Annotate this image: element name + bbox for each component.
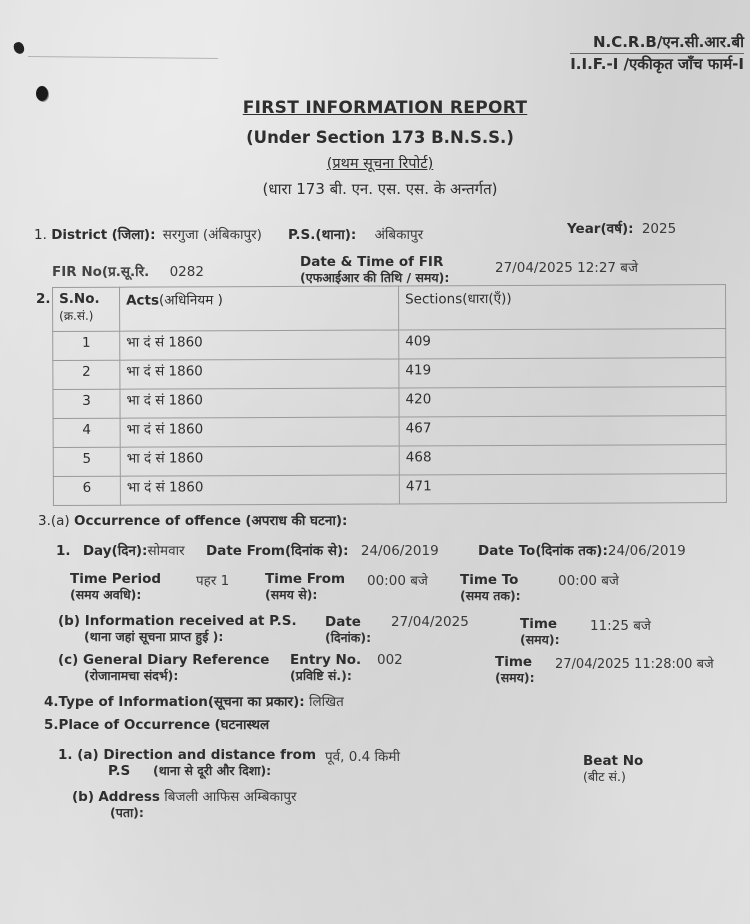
sno-cell: 1 xyxy=(53,331,120,360)
act-cell: भा दं सं 1860 xyxy=(120,359,399,389)
day-label-hi: (दिन): xyxy=(112,543,148,559)
beat-no-label-block: Beat No (बीट सं.) xyxy=(583,753,643,785)
sno-cell: 3 xyxy=(53,389,120,418)
sections-header-label: Sections xyxy=(405,291,462,307)
entry-no-label-block: Entry No. (प्रविष्टि सं.): xyxy=(290,652,361,684)
time-from-label-hi: (समय से): xyxy=(265,587,345,603)
table-row: 3भा दं सं 1860420 xyxy=(53,387,726,419)
date-from-field: Date From(दिनांक से): 24/06/2019 xyxy=(206,541,439,559)
section-cell: 471 xyxy=(399,474,726,504)
act-cell: भा दं सं 1860 xyxy=(120,388,399,418)
sections-header-label-hi: (धारा(एँ)) xyxy=(462,291,511,307)
time-period-label-block: Time Period (समय अवधि): xyxy=(70,571,161,603)
fir-datetime-label-block: Date & Time of FIR (एफआईआर की तिथि / समय… xyxy=(300,254,449,286)
year-value: 2025 xyxy=(642,221,676,237)
district-label: District xyxy=(51,227,107,243)
gd-time-value: 27/04/2025 11:28:00 बजे xyxy=(555,654,714,672)
info-date-label: Date xyxy=(325,614,371,630)
item-letter: (b) xyxy=(58,613,80,629)
sno-cell: 2 xyxy=(53,360,120,389)
act-cell: भा दं सं 1860 xyxy=(120,330,399,360)
date-to-value: 24/06/2019 xyxy=(608,543,686,559)
item-number: 1. (a) xyxy=(58,747,99,763)
section-number: 2. xyxy=(36,291,51,307)
time-from-label: Time From xyxy=(265,571,345,587)
ps-label-hi: (थाना): xyxy=(315,227,356,243)
time-to-label-block: Time To (समय तक): xyxy=(460,572,521,604)
day-label: Day xyxy=(83,543,112,559)
info-time-label-block: Time (समय): xyxy=(520,616,560,648)
section-cell: 420 xyxy=(399,387,726,417)
sno-cell: 4 xyxy=(53,418,120,447)
info-date-label-block: Date (दिनांक): xyxy=(325,614,371,646)
district-field: 1. District (जिला): सरगुजा (अंबिकापुर) xyxy=(34,225,262,243)
table-row: 2भा दं सं 1860419 xyxy=(53,358,726,390)
section-cell: 409 xyxy=(399,329,726,359)
time-period-value: पहर 1 xyxy=(196,571,229,589)
occurrence-label-hi: (अपराध की घटना): xyxy=(245,513,347,529)
form-code-header: N.C.R.B/एन.सी.आर.बी I.I.F.-I /एकीकृत जाँ… xyxy=(570,32,744,74)
act-cell: भा दं सं 1860 xyxy=(120,475,399,505)
beat-no-label-hi: (बीट सं.) xyxy=(583,769,643,785)
info-date-value: 27/04/2025 xyxy=(391,614,469,630)
type-of-info-value: लिखित xyxy=(309,694,344,710)
place-of-occurrence-heading: 5.Place of Occurrence (घटनास्थल xyxy=(44,715,269,733)
info-received-label-hi: (थाना जहां सूचना प्राप्त हुई ): xyxy=(58,629,297,645)
fold-line xyxy=(28,56,218,59)
direction-label: Direction and distance from xyxy=(103,747,316,763)
sno-cell: 5 xyxy=(53,447,120,476)
year-label: Year xyxy=(567,221,600,237)
place-of-occurrence-label-hi: (घटनास्थल xyxy=(215,717,270,733)
sno-header-label: S.No. xyxy=(59,291,113,307)
table-row: 6भा दं सं 1860471 xyxy=(53,474,726,506)
sno-column-header: S.No. (क्र.सं.) xyxy=(53,287,120,331)
date-from-value: 24/06/2019 xyxy=(361,543,439,559)
info-time-label: Time xyxy=(520,616,560,632)
hindi-title: (प्रथम सूचना रिपोर्ट) xyxy=(0,153,750,173)
section-number: 1. xyxy=(34,227,47,243)
date-to-field: Date To(दिनांक तक):24/06/2019 xyxy=(478,541,686,559)
address-label: Address xyxy=(98,789,160,805)
entry-no-value: 002 xyxy=(377,652,403,668)
gd-time-label-block: Time (समय): xyxy=(495,654,535,686)
time-from-label-block: Time From (समय से): xyxy=(265,571,345,603)
direction-label-block: 1. (a) Direction and distance from P.S (… xyxy=(58,747,316,779)
entry-no-label-hi: (प्रविष्टि सं.): xyxy=(290,668,361,684)
hindi-section-subtitle: (धारा 173 बी. एन. एस. एस. के अन्तर्गत) xyxy=(0,179,750,199)
gd-time-label-hi: (समय): xyxy=(495,670,535,686)
item-letter: (c) xyxy=(58,652,78,668)
fir-no-label: FIR No(प्र.सू.रि. xyxy=(52,264,149,280)
type-of-info-label-hi: (सूचना का प्रकार): xyxy=(208,694,305,710)
entry-no-label: Entry No. xyxy=(290,652,361,668)
time-to-label: Time To xyxy=(460,572,521,588)
day-value: सोमवार xyxy=(147,543,184,559)
date-to-label-hi: (दिनांक तक): xyxy=(535,543,608,559)
act-cell: भा दं सं 1860 xyxy=(120,446,399,476)
gd-label: General Diary Reference xyxy=(83,652,269,668)
info-received-label: Information received at P.S. xyxy=(85,613,297,629)
year-field: Year(वर्ष): 2025 xyxy=(567,219,676,237)
act-cell: भा दं सं 1860 xyxy=(120,417,399,447)
table-header-row: S.No. (क्र.सं.) Acts(अधिनियम ) Sections(… xyxy=(53,285,726,332)
fir-datetime-label: Date & Time of FIR xyxy=(300,254,449,270)
ps-value: अंबिकापुर xyxy=(375,227,424,243)
acts-column-header: Acts(अधिनियम ) xyxy=(120,286,399,331)
address-label-hi: (पता): xyxy=(72,805,297,821)
time-from-value: 00:00 बजे xyxy=(367,571,428,589)
ps-label: P.S. xyxy=(288,227,315,243)
police-station-field: P.S.(थाना): अंबिकापुर xyxy=(288,225,423,243)
iif-label: I.I.F.-I /एकीकृत जाँच फार्म-I xyxy=(570,54,744,74)
place-of-occurrence-label: 5.Place of Occurrence xyxy=(44,717,210,733)
acts-sections-table: S.No. (क्र.सं.) Acts(अधिनियम ) Sections(… xyxy=(52,284,727,506)
time-to-label-hi: (समय तक): xyxy=(460,588,521,604)
type-of-info-label: 4.Type of Information xyxy=(44,694,208,710)
type-of-information-field: 4.Type of Information(सूचना का प्रकार): … xyxy=(44,692,344,710)
date-from-label-hi: (दिनांक से): xyxy=(285,543,349,559)
time-period-label-hi: (समय अवधि): xyxy=(70,587,161,603)
beat-no-label: Beat No xyxy=(583,753,643,769)
under-section-subtitle: (Under Section 173 B.N.S.S.) xyxy=(0,128,750,147)
time-to-value: 00:00 बजे xyxy=(558,571,619,589)
fir-datetime-value: 27/04/2025 12:27 बजे xyxy=(495,258,638,276)
date-to-label: Date To xyxy=(478,543,535,559)
direction-value: पूर्व, 0.4 किमी xyxy=(325,747,400,765)
fir-no-value: 0282 xyxy=(170,264,204,280)
section-number: 3.(a) xyxy=(38,513,70,529)
sno-cell: 6 xyxy=(53,476,120,505)
year-label-hi: (वर्ष): xyxy=(600,221,633,237)
section-cell: 468 xyxy=(399,445,726,475)
item-number: 1. xyxy=(56,543,71,559)
district-value: सरगुजा (अंबिकापुर) xyxy=(163,227,262,243)
direction-label-ps: P.S xyxy=(108,763,130,779)
item-letter: (b) xyxy=(72,789,94,805)
info-time-value: 11:25 बजे xyxy=(590,616,651,634)
date-from-label: Date From xyxy=(206,543,285,559)
info-time-label-hi: (समय): xyxy=(520,632,560,648)
occurrence-label: Occurrence of offence xyxy=(74,513,241,529)
ncrb-label: N.C.R.B/एन.सी.आर.बी xyxy=(570,32,744,54)
table-row: 4भा दं सं 1860467 xyxy=(53,416,726,448)
document-title: FIRST INFORMATION REPORT xyxy=(0,98,750,118)
district-label-hi: (जिला): xyxy=(112,227,156,243)
section-cell: 419 xyxy=(399,358,726,388)
gd-label-hi: (रोजानामचा संदर्भ): xyxy=(58,668,269,684)
sno-header-label-hi: (क्र.सं.) xyxy=(59,307,113,324)
fir-document-page: N.C.R.B/एन.सी.आर.बी I.I.F.-I /एकीकृत जाँ… xyxy=(0,0,750,924)
info-date-label-hi: (दिनांक): xyxy=(325,630,371,646)
info-received-label-block: (b) Information received at P.S. (थाना ज… xyxy=(58,613,297,645)
address-value: बिजली आफिस अम्बिकापुर xyxy=(164,789,296,805)
gd-time-label: Time xyxy=(495,654,535,670)
acts-header-label-hi: (अधिनियम ) xyxy=(159,292,223,308)
gd-label-block: (c) General Diary Reference (रोजानामचा स… xyxy=(58,652,269,684)
address-field: (b) Address बिजली आफिस अम्बिकापुर (पता): xyxy=(72,789,297,821)
fir-number-field: FIR No(प्र.सू.रि. 0282 xyxy=(52,262,204,280)
punch-hole-mark xyxy=(13,41,26,55)
time-period-label: Time Period xyxy=(70,571,161,587)
day-field: 1. Day(दिन):सोमवार xyxy=(56,541,185,559)
table-row: 5भा दं सं 1860468 xyxy=(53,445,726,477)
section-cell: 467 xyxy=(399,416,726,446)
acts-table-body: 1भा दं सं 18604092भा दं सं 18604193भा दं… xyxy=(53,329,727,506)
table-row: 1भा दं सं 1860409 xyxy=(53,329,726,361)
occurrence-heading: 3.(a) Occurrence of offence (अपराध की घट… xyxy=(38,511,347,529)
sections-column-header: Sections(धारा(एँ)) xyxy=(398,285,725,330)
acts-header-label: Acts xyxy=(126,293,159,309)
direction-label-hi: (थाना से दूरी और दिशा): xyxy=(153,763,271,778)
fir-datetime-label-hi: (एफआईआर की तिथि / समय): xyxy=(300,270,449,286)
